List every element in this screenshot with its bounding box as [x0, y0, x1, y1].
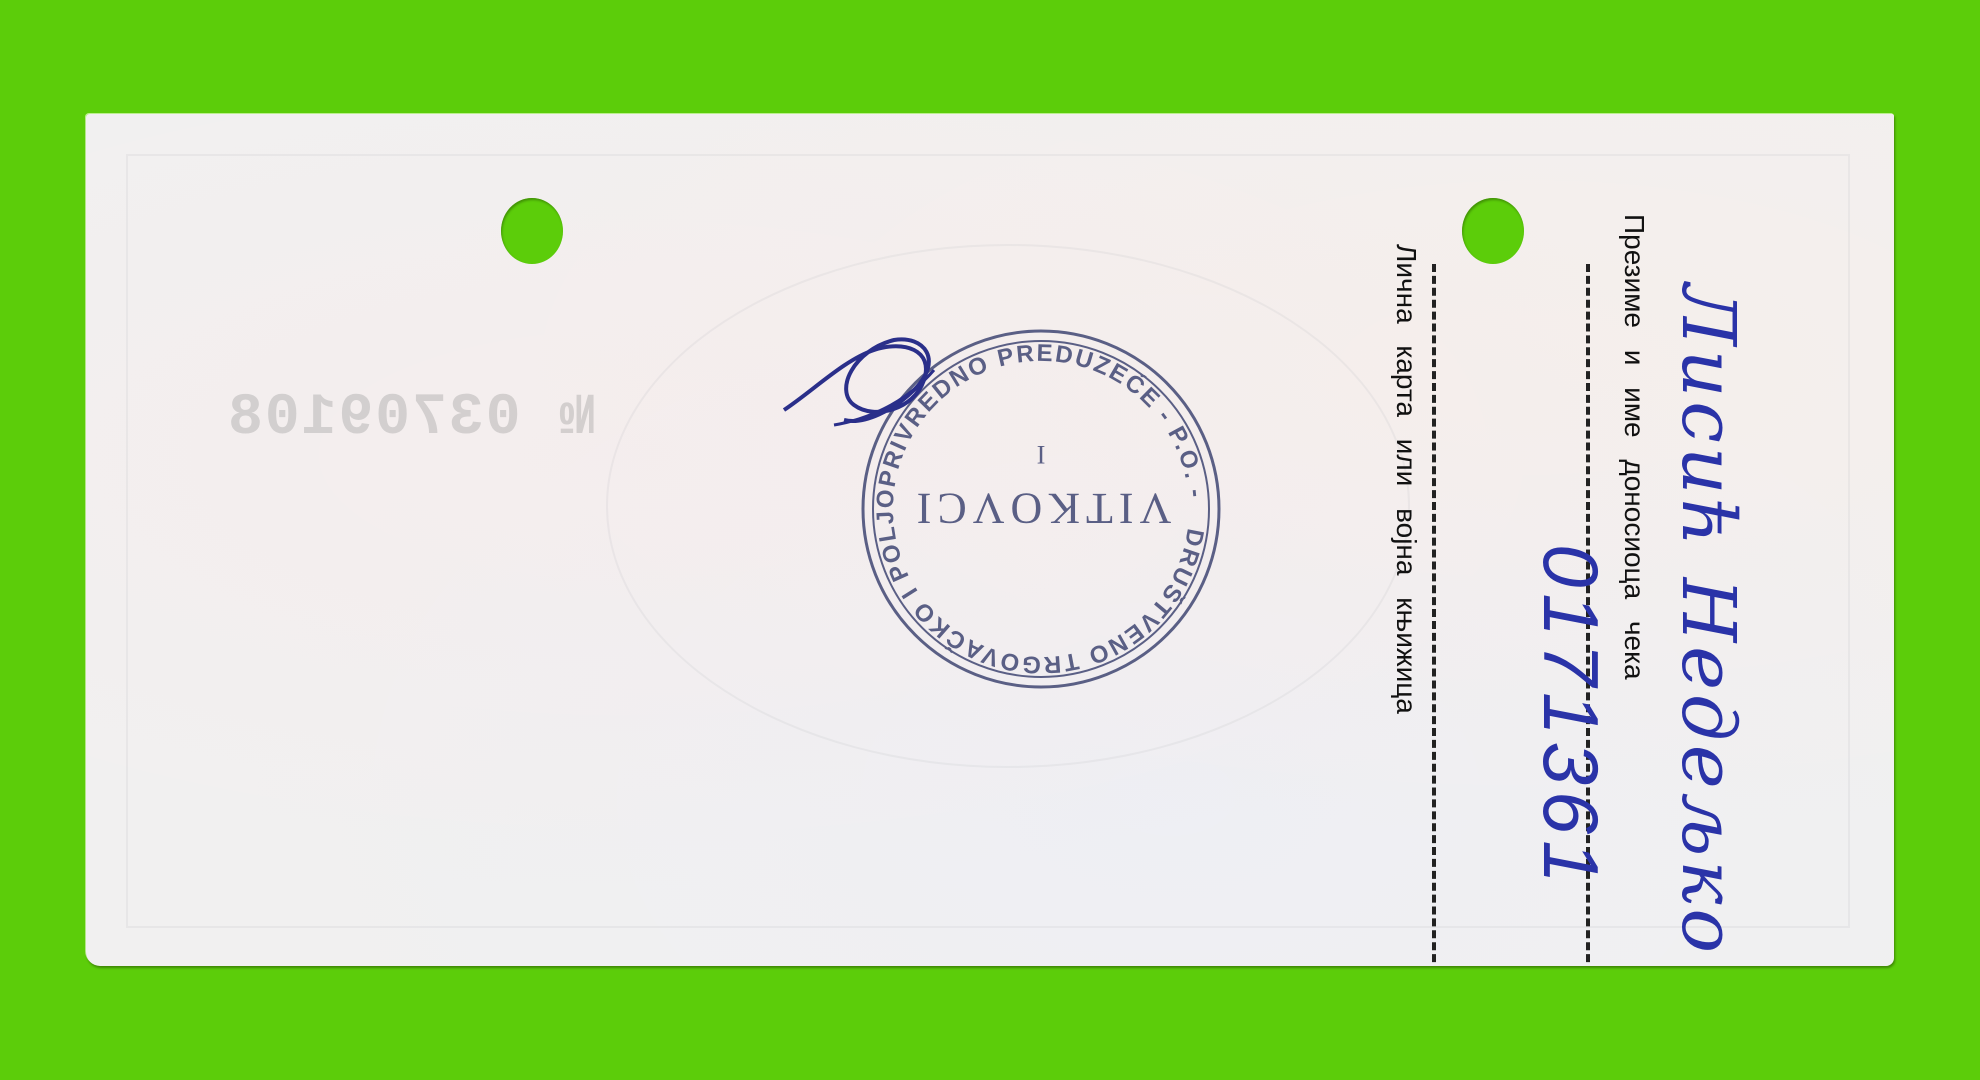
id-card-label: Лична карта или војна књижица [1386, 244, 1426, 964]
punch-hole-right [1462, 198, 1524, 264]
mirrored-serial-number: № 03709108 [226, 386, 594, 451]
bearer-name-value: Лисић Недељко [1665, 284, 1751, 957]
punch-hole-left [501, 198, 563, 264]
serial-prefix: № [557, 386, 594, 451]
svg-text:I: I [1037, 440, 1046, 469]
signature-scribble-icon [774, 310, 954, 440]
id-card-value: 0171361 [1525, 544, 1616, 890]
serial-value: 03709108 [226, 386, 520, 451]
id-card-field: Лична карта или војна књижица [1386, 244, 1426, 964]
svg-text:VITKOVCI: VITKOVCI [911, 484, 1172, 533]
check-reverse: № 03709108 DRUŠTVENO TRGOVAČKO I POLJOPR… [86, 114, 1894, 966]
bearer-name-field: Презиме и име доносиоца чека [1614, 214, 1654, 934]
id-field-underline [1432, 264, 1436, 966]
bearer-name-label: Презиме и име доносиоца чека [1614, 214, 1654, 934]
